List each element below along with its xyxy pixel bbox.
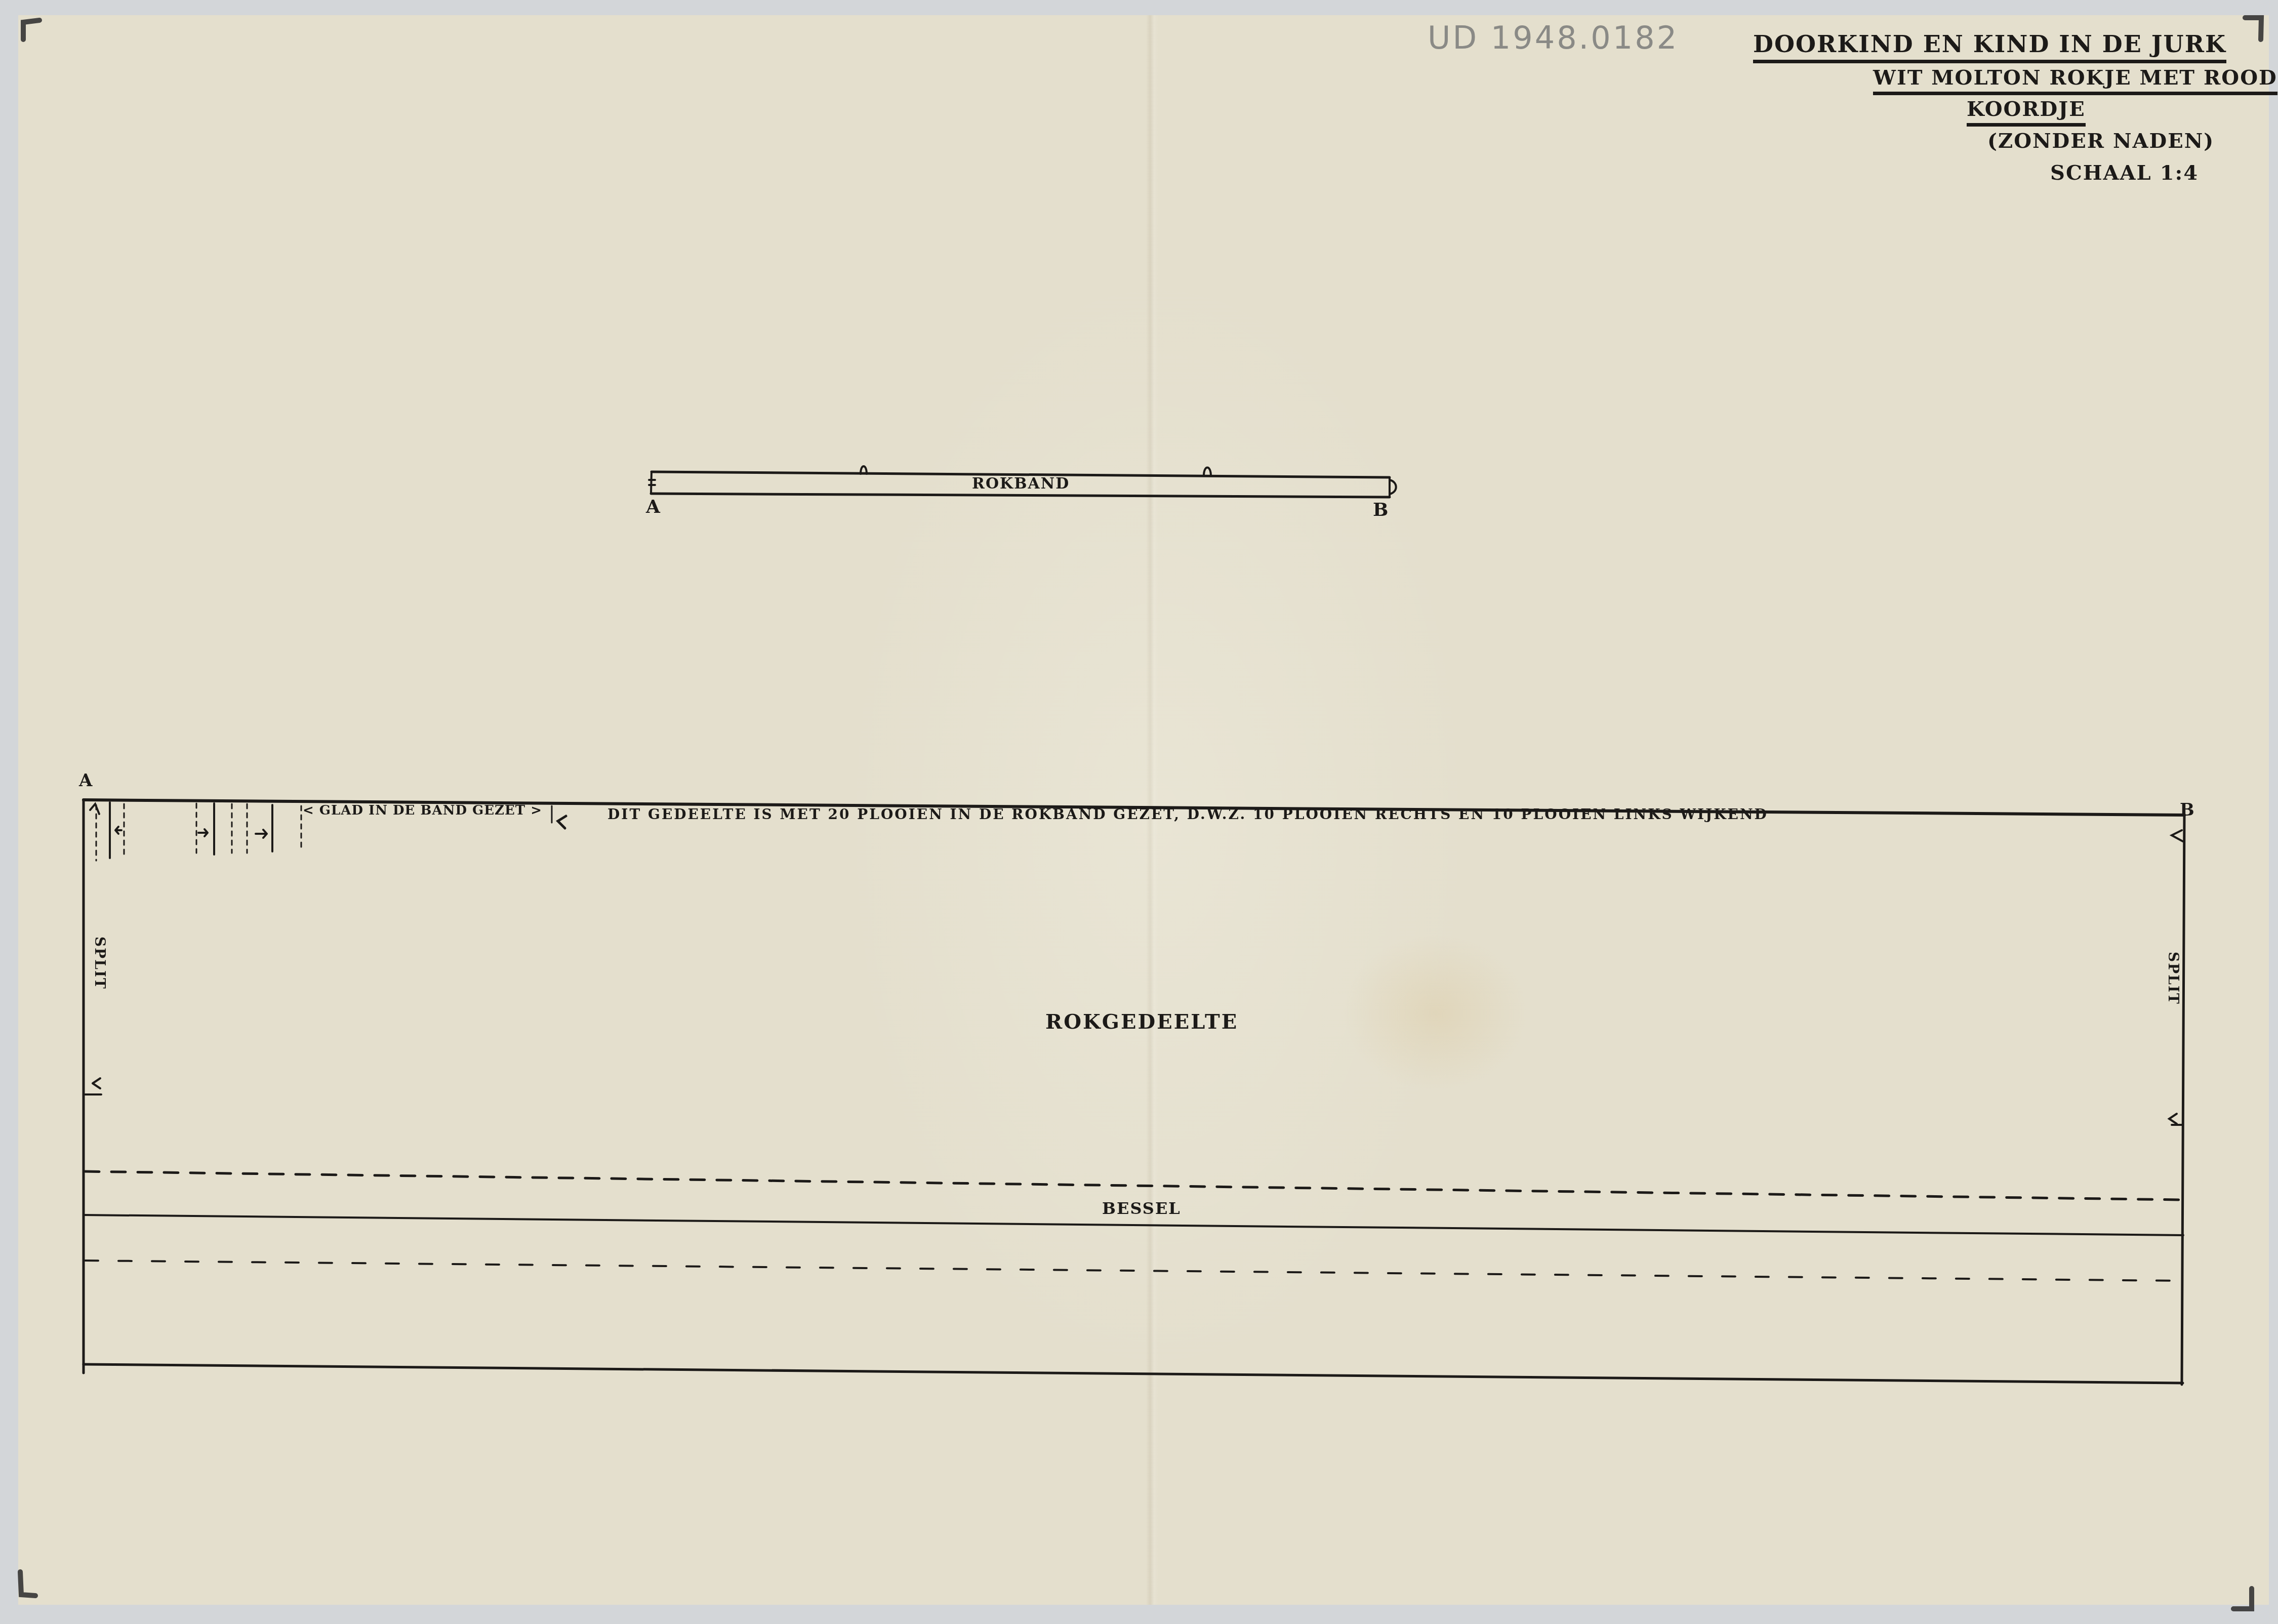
split-label-right: SPLIT <box>2165 952 2182 1005</box>
skirt-point-b: B <box>2180 800 2195 820</box>
corner-mark-bottom-left <box>20 1572 35 1596</box>
title-scale: SCHAAL 1:4 <box>2050 161 2199 185</box>
skirt-point-a: A <box>79 770 93 791</box>
split-label-left: SPLIT <box>92 937 108 990</box>
skirt-label: ROKGEDEELTE <box>1045 1010 1238 1034</box>
title-heading: DOORKIND EN KIND IN DE JURK <box>1753 30 2226 63</box>
corner-mark-top-left <box>23 20 39 39</box>
corner-mark-bottom-right <box>2233 1589 2252 1609</box>
rokband-point-b: B <box>1373 499 1389 520</box>
rokband-label: ROKBAND <box>972 475 1070 493</box>
title-material-cont: KOORDJE <box>1967 97 2086 127</box>
title-note: (ZONDER NADEN) <box>1987 129 2214 153</box>
hem-label: BESSEL <box>1102 1199 1181 1218</box>
rokband-point-a: A <box>646 496 661 517</box>
corner-mark-top-right <box>2245 18 2261 39</box>
pleat-note-smooth: < GLAD IN DE BAND GEZET > <box>303 803 542 818</box>
rokgedeelte-piece <box>84 800 2184 1385</box>
archive-number: UD 1948.0182 <box>1428 19 1679 56</box>
title-material: WIT MOLTON ROKJE MET ROOD <box>1873 66 2277 95</box>
pleat-note-main: DIT GEDEELTE IS MET 20 PLOOIEN IN DE ROK… <box>607 806 1768 823</box>
